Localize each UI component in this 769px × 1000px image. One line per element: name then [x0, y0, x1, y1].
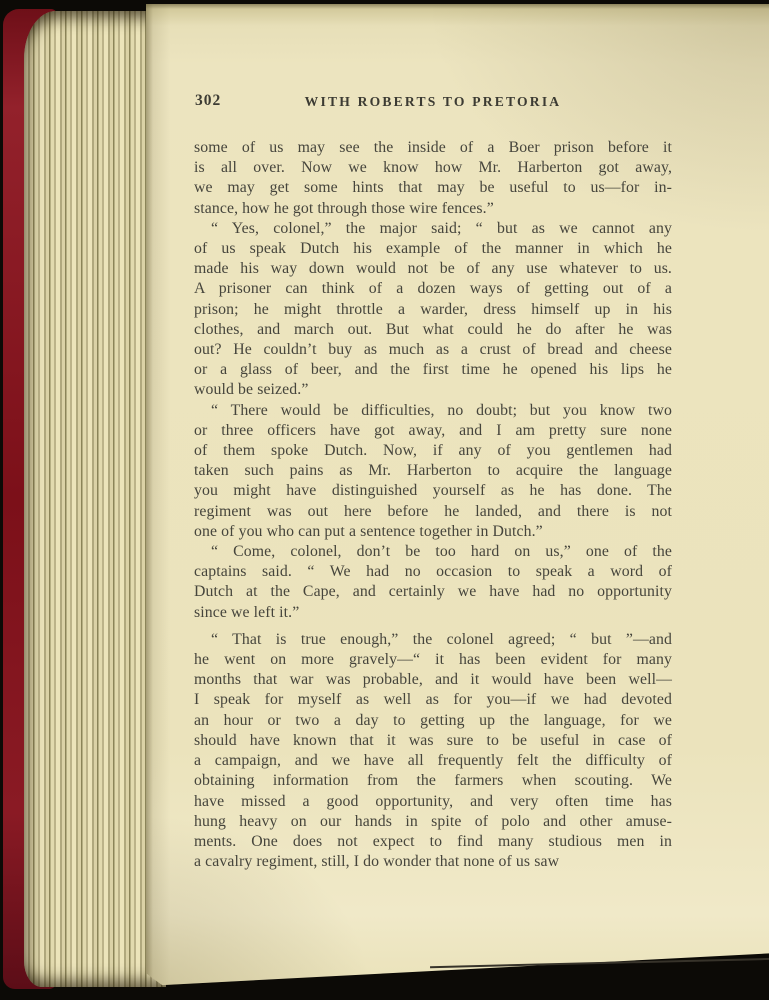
text-line: months that war was probable, and it wou… — [194, 670, 672, 690]
text-line: one of you who can put a sentence togeth… — [194, 522, 672, 542]
text-line: clothes, and march out. But what could h… — [194, 320, 672, 340]
paragraph: “ That is true enough,” the colonel agre… — [194, 630, 672, 872]
text-line: ments. One does not expect to find many … — [194, 832, 672, 852]
text-line: a cavalry regiment, still, I do wonder t… — [194, 852, 672, 872]
text-line: or three officers have got away, and I a… — [194, 421, 672, 441]
text-line: “ Yes, colonel,” the major said; “ but a… — [194, 219, 672, 239]
text-line: A prisoner can think of a dozen ways of … — [194, 279, 672, 299]
paragraph: “ Yes, colonel,” the major said; “ but a… — [194, 219, 672, 401]
paragraph: “ There would be difficulties, no doubt;… — [194, 401, 672, 542]
text-line: or a glass of beer, and the first time h… — [194, 360, 672, 380]
text-line: he went on more gravely—“ it has been ev… — [194, 650, 672, 670]
text-line: since we left it.” — [194, 603, 672, 623]
text-line: captains said. “ We had no occasion to s… — [194, 562, 672, 582]
page-text: some of us may see the inside of a Boer … — [194, 138, 672, 872]
text-line: of them spoke Dutch. Now, if any of you … — [194, 441, 672, 461]
paragraph: “ Come, colonel, don’t be too hard on us… — [194, 542, 672, 623]
text-line: “ That is true enough,” the colonel agre… — [194, 630, 672, 650]
paragraph: some of us may see the inside of a Boer … — [194, 138, 672, 219]
text-line: regiment was out here before he landed, … — [194, 502, 672, 522]
text-line: would be seized.” — [194, 380, 672, 400]
page-edge-stack — [24, 11, 166, 987]
text-line: an hour or two a day to getting up the l… — [194, 711, 672, 731]
text-line: hung heavy on our hands in spite of polo… — [194, 812, 672, 832]
text-line: is all over. Now we know how Mr. Harbert… — [194, 158, 672, 178]
page-content: 302 WITH ROBERTS TO PRETORIA some of us … — [146, 4, 769, 872]
text-line: you might have distinguished yourself as… — [194, 481, 672, 501]
text-line: of us speak Dutch his example of the man… — [194, 239, 672, 259]
running-head: WITH ROBERTS TO PRETORIA — [194, 94, 672, 110]
text-line: obtaining information from the farmers w… — [194, 771, 672, 791]
text-line: prison; he might throttle a warder, dres… — [194, 300, 672, 320]
text-line: out? He couldn’t buy as much as a crust … — [194, 340, 672, 360]
text-line: some of us may see the inside of a Boer … — [194, 138, 672, 158]
text-line: “ Come, colonel, don’t be too hard on us… — [194, 542, 672, 562]
book-scan: 302 WITH ROBERTS TO PRETORIA some of us … — [0, 0, 769, 1000]
text-line: we may get some hints that may be useful… — [194, 178, 672, 198]
text-line: taken such pains as Mr. Harberton to acq… — [194, 461, 672, 481]
page-header: 302 WITH ROBERTS TO PRETORIA — [146, 92, 769, 112]
text-line: stance, how he got through those wire fe… — [194, 199, 672, 219]
text-line: a campaign, and we have all frequently f… — [194, 751, 672, 771]
text-line: Dutch at the Cape, and certainly we have… — [194, 582, 672, 602]
text-line: “ There would be difficulties, no doubt;… — [194, 401, 672, 421]
text-line: made his way down would not be of any us… — [194, 259, 672, 279]
text-line: I speak for myself as well as for you—if… — [194, 690, 672, 710]
text-line: should have known that it was sure to be… — [194, 731, 672, 751]
text-line: have missed a good opportunity, and very… — [194, 792, 672, 812]
